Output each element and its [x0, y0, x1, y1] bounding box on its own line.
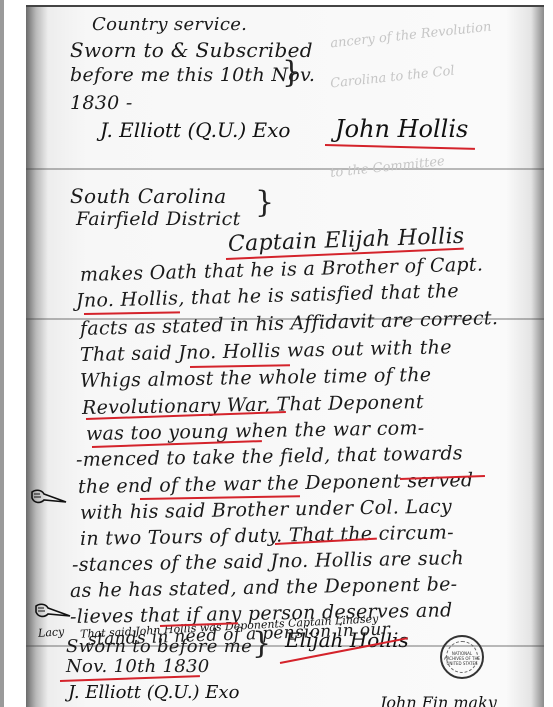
line-year: 1830 - — [70, 92, 133, 114]
pointing-hand-icon — [30, 488, 70, 508]
margin-label: Lacy — [38, 625, 65, 640]
stamp-text: NATIONAL ARCHIVES OF THE UNITED STATES — [442, 651, 482, 666]
brace-mark: } — [282, 55, 301, 90]
magistrate-signature-bottom: J. Elliott (Q.U.) Exo — [68, 682, 239, 703]
state-heading: South Carolina — [70, 184, 227, 208]
page-fold — [26, 168, 544, 170]
archive-stamp: NATIONAL ARCHIVES OF THE UNITED STATES — [440, 635, 484, 679]
scan-border — [0, 0, 4, 707]
cut-off-text: John Fin maky — [380, 693, 497, 707]
district-heading: Fairfield District — [76, 208, 241, 230]
closing-date: Nov. 10th 1830 — [66, 656, 210, 677]
line-sworn-subscribed: Sworn to & Subscribed — [70, 38, 313, 62]
brace-mark: } — [255, 185, 274, 220]
closing-sworn: Sworn to before me — [66, 636, 252, 657]
magistrate-signature-top: J. Elliott (Q.U.) Exo — [100, 118, 290, 142]
line-country-service: Country service. — [92, 14, 247, 35]
brace-mark: } — [252, 626, 271, 661]
line-before-me: before me this 10th Nov. — [70, 64, 315, 86]
pointing-hand-icon — [34, 602, 74, 622]
john-hollis-signature: John Hollis — [335, 115, 468, 143]
